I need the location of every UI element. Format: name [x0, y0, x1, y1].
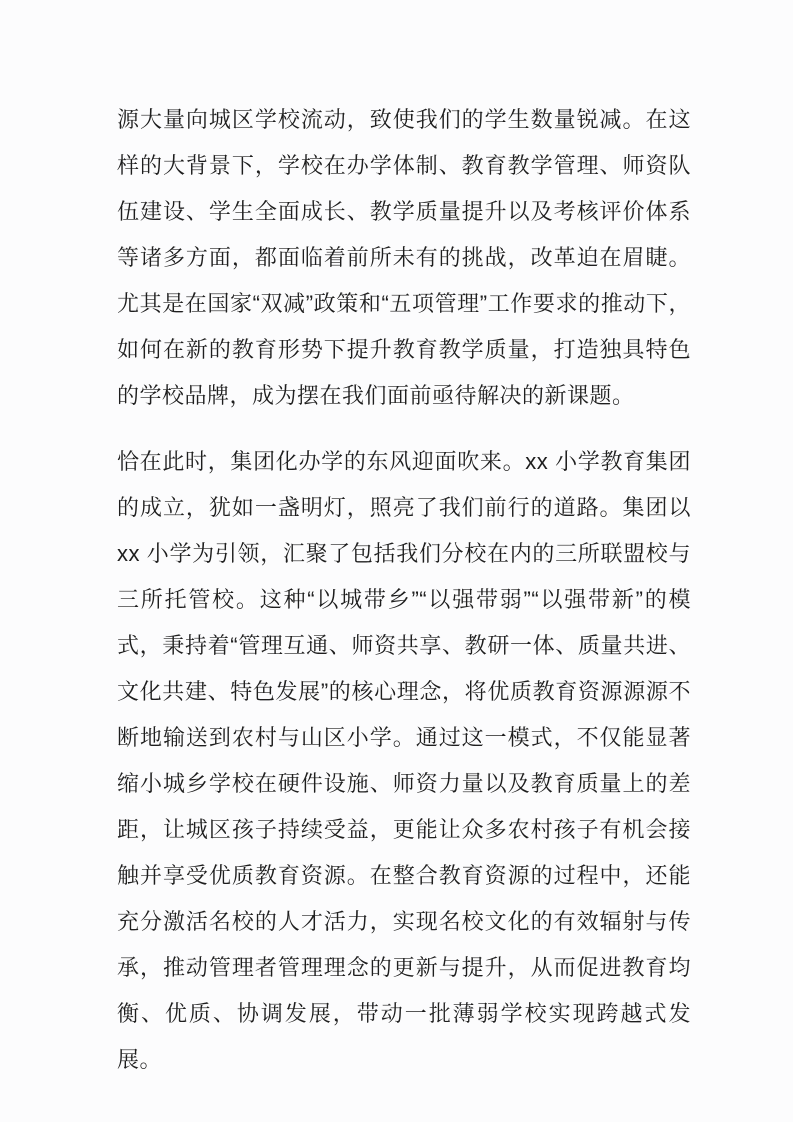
document-text-block: 源大量向城区学校流动，致使我们的学生数量锐减。在这样的大背景下，学校在办学体制、… — [117, 97, 691, 1083]
document-page: 源大量向城区学校流动，致使我们的学生数量锐减。在这样的大背景下，学校在办学体制、… — [0, 0, 793, 1122]
paragraph: 恰在此时，集团化办学的东风迎面吹来。xx 小学教育集团的成立，犹如一盏明灯，照亮… — [117, 439, 691, 1083]
paragraph: 源大量向城区学校流动，致使我们的学生数量锐减。在这样的大背景下，学校在办学体制、… — [117, 97, 691, 419]
